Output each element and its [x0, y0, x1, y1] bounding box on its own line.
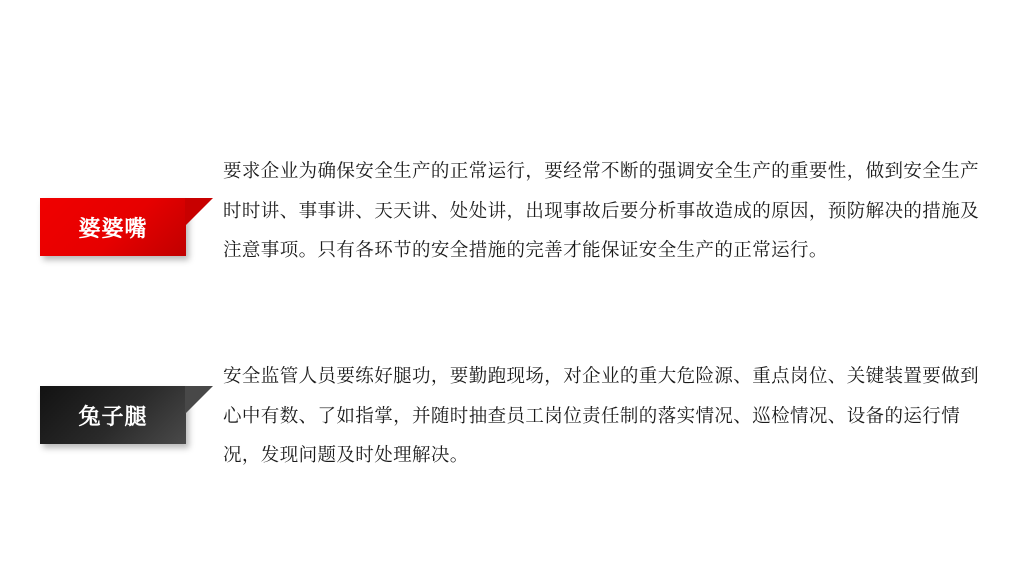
description-paragraph: 安全监管人员要练好腿功，要勤跑现场，对企业的重大危险源、重点岗位、关键装置要做到…	[223, 357, 983, 476]
callout-pointer-icon	[185, 386, 213, 414]
label-text: 兔子腿	[78, 400, 147, 431]
callout-pointer-icon	[185, 198, 213, 226]
slide: 婆婆嘴 要求企业为确保安全生产的正常运行，要经常不断的强调安全生产的重要性，做到…	[0, 0, 1024, 576]
label-text: 婆婆嘴	[78, 212, 147, 243]
label-tag-popo-zui: 婆婆嘴	[40, 198, 186, 256]
description-paragraph: 要求企业为确保安全生产的正常运行，要经常不断的强调安全生产的重要性，做到安全生产…	[223, 152, 983, 271]
label-tag-tuzi-tui: 兔子腿	[40, 386, 186, 444]
